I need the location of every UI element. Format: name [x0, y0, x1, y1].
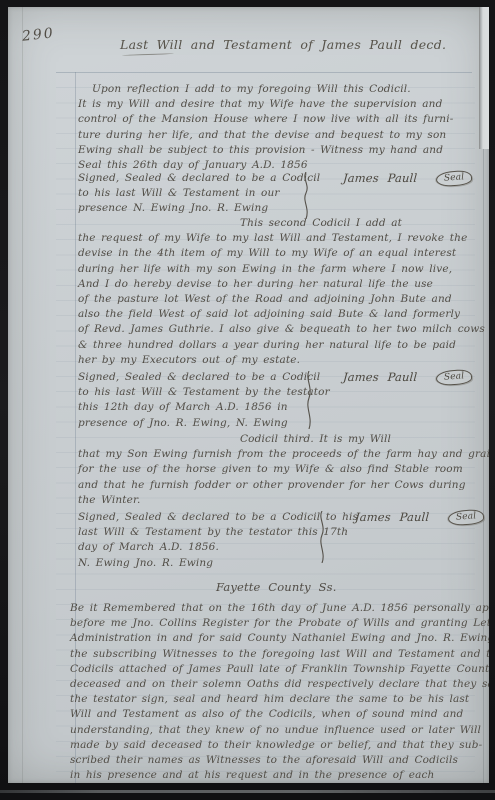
text-line: in his presence and at his request and i… [70, 768, 482, 783]
attestation-line: this 12th day of March A.D. 1856 in [78, 400, 480, 415]
codicil2-opener: This second Codicil I add at [78, 216, 480, 231]
codicil1-paragraph: Upon reflection I add to my foregoing Wi… [78, 82, 480, 173]
codicil2-paragraph: This second Codicil I add at the request… [78, 216, 480, 368]
text-line: devise in the 4th item of my Will to my … [78, 246, 480, 261]
title-flourish [122, 53, 174, 56]
text-line: Upon reflection I add to my foregoing Wi… [78, 82, 480, 97]
attestation-brace [300, 172, 312, 219]
seal-stamp: Seal [447, 509, 484, 526]
text-line: also the field West of said lot adjoinin… [78, 307, 480, 322]
text-line: & three hundred dollars a year during he… [78, 338, 480, 353]
attestation-brace [316, 511, 328, 563]
attestation-line: last Will & Testament by the testator th… [78, 525, 480, 540]
codicil3-paragraph: Codicil third. It is my Will that my Son… [78, 432, 480, 508]
text-line: control of the Mansion House where I now… [78, 112, 480, 127]
text-line: Be it Remembered that on the 16th day of… [70, 601, 482, 616]
text-line: the request of my Wife to my last Will a… [78, 231, 480, 246]
text-line: deceased and on their solemn Oaths did r… [70, 677, 482, 692]
text-line: before me Jno. Collins Register for the … [70, 616, 482, 631]
photo-frame: 290 Last Will and Testament of James Pau… [0, 0, 495, 800]
probate-heading-block: Fayette County Ss. [78, 580, 480, 595]
witness-names: presence N. Ewing Jno. R. Ewing [78, 201, 480, 216]
text-line: the subscribing Witnesses to the foregoi… [70, 647, 482, 662]
page-number: 290 [21, 25, 55, 44]
testator-signature: James Paull [343, 370, 418, 384]
text-line: And I do hereby devise to her during her… [78, 277, 480, 292]
testator-signature: James Paull [355, 510, 430, 524]
signature-group: James Paull Seal [355, 510, 484, 527]
witness-names: presence of Jno. R. Ewing, N. Ewing [78, 416, 480, 431]
text-line: that my Son Ewing furnish from the proce… [78, 447, 480, 462]
witness-names: N. Ewing Jno. R. Ewing [78, 556, 480, 571]
top-margin-rule [56, 72, 472, 73]
signature-group: James Paull Seal [343, 171, 472, 188]
book-edge-line [0, 790, 495, 793]
probate-paragraph: Be it Remembered that on the 16th day of… [70, 601, 482, 783]
text-line: Ewing shall be subject to this provision… [78, 143, 480, 158]
text-line: scribed their names as Witnesses to the … [70, 753, 482, 768]
text-line: Administration in and for said County Na… [70, 631, 482, 646]
text-line: made by said deceased to their knowledge… [70, 738, 482, 753]
text-line: for the use of the horse given to my Wif… [78, 462, 480, 477]
attestation-block-1: Signed, Sealed & declared to be a Codici… [78, 171, 480, 217]
attestation-brace [303, 371, 315, 429]
attestation-block-2: Signed, Sealed & declared to be a Codici… [78, 370, 480, 431]
text-line: It is my Will and desire that my Wife ha… [78, 97, 480, 112]
text-line: and that he furnish fodder or other prov… [78, 478, 480, 493]
text-line: of the pasture lot West of the Road and … [78, 292, 480, 307]
text-line: the testator sign, seal and heard him de… [70, 692, 482, 707]
page-left-crease [22, 7, 23, 783]
text-line: of Revd. James Guthrie. I also give & be… [78, 322, 480, 337]
attestation-block-3: Signed, Sealed & declared to be a Codici… [78, 510, 480, 571]
text-line: the Winter. [78, 493, 480, 508]
text-line: understanding, that they knew of no undu… [70, 723, 482, 738]
signature-group: James Paull Seal [343, 370, 472, 387]
adjacent-page-edge [479, 7, 489, 149]
text-line: during her life with my son Ewing in the… [78, 262, 480, 277]
attestation-line: day of March A.D. 1856. [78, 540, 480, 555]
text-line: Will and Testament as also of the Codici… [70, 707, 482, 722]
codicil3-opener: Codicil third. It is my Will [78, 432, 480, 447]
text-line: ture during her life, and that the devis… [78, 128, 480, 143]
seal-stamp: Seal [435, 369, 472, 386]
seal-stamp: Seal [435, 170, 472, 187]
document-page: 290 Last Will and Testament of James Pau… [8, 7, 489, 783]
testator-signature: James Paull [343, 171, 418, 185]
attestation-line: to his last Will & Testament by the test… [78, 385, 480, 400]
probate-heading: Fayette County Ss. [78, 580, 480, 595]
text-line: her by my Executors out of my estate. [78, 353, 480, 368]
attestation-line: to his last Will & Testament in our [78, 186, 480, 201]
text-line: Codicils attached of James Paull late of… [70, 662, 482, 677]
document-title: Last Will and Testament of James Paull d… [120, 37, 446, 52]
